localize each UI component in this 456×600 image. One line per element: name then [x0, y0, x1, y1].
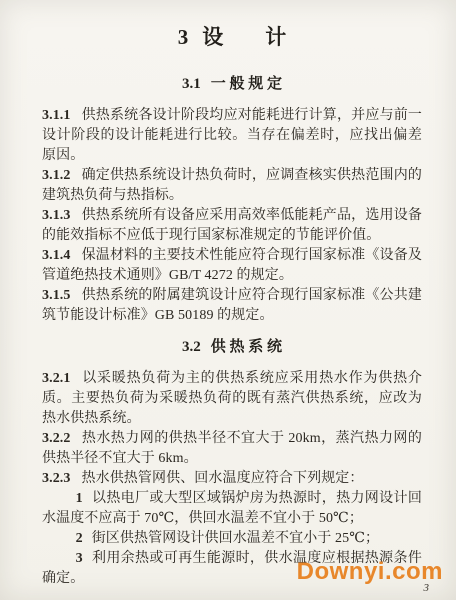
item-1-number: 1	[76, 491, 83, 506]
clause-3-1-4: 3.1.4保温材料的主要技术性能应符合现行国家标准《设备及管道绝热技术通则》GB…	[42, 246, 422, 286]
clause-3-2-1: 3.2.1以采暖热负荷为主的供热系统应采用热水作为供热介质。主要热负荷为采暖热负…	[42, 369, 422, 429]
clause-3-2-1-number: 3.2.1	[42, 371, 71, 386]
clause-3-2-3-item-1: 1以热电厂或大型区域锅炉房为热源时，热力网设计回水温度不应高于 70℃，供回水温…	[42, 489, 422, 529]
clause-3-1-4-number: 3.1.4	[42, 248, 71, 263]
clause-3-1-4-text: 保温材料的主要技术性能应符合现行国家标准《设备及管道绝热技术通则》GB/T 42…	[42, 248, 422, 283]
clause-3-2-3-text: 热水供热管网供、回水温度应符合下列规定：	[82, 471, 364, 486]
page-number: 3	[424, 582, 430, 594]
section-3-1-number: 3.1	[182, 76, 201, 92]
section-3-2-number: 3.2	[182, 339, 201, 355]
clause-3-2-2: 3.2.2热水热力网的供热半径不宜大于 20km，蒸汽热力网的供热半径不宜大于 …	[42, 429, 422, 469]
chapter-title-text: 设 计	[202, 25, 286, 49]
clause-3-2-2-text: 热水热力网的供热半径不宜大于 20km，蒸汽热力网的供热半径不宜大于 6km。	[42, 431, 422, 466]
item-1-text: 以热电厂或大型区域锅炉房为热源时，热力网设计回水温度不应高于 70℃，供回水温差…	[42, 491, 422, 526]
clause-3-1-1: 3.1.1供热系统各设计阶段均应对能耗进行计算，并应与前一设计阶段的设计能耗进行…	[42, 106, 422, 166]
clause-3-2-3: 3.2.3热水供热管网供、回水温度应符合下列规定：	[42, 469, 422, 489]
clause-3-1-3: 3.1.3供热系统所有设备应采用高效率低能耗产品，选用设备的能效指标不应低于现行…	[42, 206, 422, 246]
clause-3-1-5-number: 3.1.5	[42, 288, 71, 303]
clause-3-2-2-number: 3.2.2	[42, 431, 71, 446]
section-3-1: 3.1一 般 规 定 3.1.1供热系统各设计阶段均应对能耗进行计算，并应与前一…	[42, 72, 422, 326]
clause-3-1-1-text: 供热系统各设计阶段均应对能耗进行计算，并应与前一设计阶段的设计能耗进行比较。当存…	[42, 108, 422, 163]
clause-3-1-2-number: 3.1.2	[42, 168, 71, 183]
clause-3-2-3-item-2: 2街区供热管网设计供回水温差不宜小于 25℃；	[42, 529, 422, 549]
clause-3-1-3-number: 3.1.3	[42, 208, 71, 223]
clause-3-2-3-number: 3.2.3	[42, 471, 71, 486]
clause-3-1-3-text: 供热系统所有设备应采用高效率低能耗产品，选用设备的能效指标不应低于现行国家标准规…	[42, 208, 422, 243]
item-3-number: 3	[76, 551, 83, 566]
section-3-2-title: 供 热 系 统	[211, 339, 282, 355]
clause-3-2-1-text: 以采暖热负荷为主的供热系统应采用热水作为供热介质。主要热负荷为采暖热负荷的既有蒸…	[42, 371, 422, 426]
document-page: 3设 计 3.1一 般 规 定 3.1.1供热系统各设计阶段均应对能耗进行计算，…	[0, 0, 456, 600]
item-2-text: 街区供热管网设计供回水温差不宜小于 25℃；	[92, 531, 379, 546]
section-3-2: 3.2供 热 系 统 3.2.1以采暖热负荷为主的供热系统应采用热水作为供热介质…	[42, 335, 422, 589]
section-3-2-heading: 3.2供 热 系 统	[42, 335, 422, 356]
clause-3-1-5: 3.1.5供热系统的附属建筑设计应符合现行国家标准《公共建筑节能设计标准》GB …	[42, 286, 422, 326]
downyi-watermark: Downyi.com	[297, 558, 443, 586]
section-3-1-title: 一 般 规 定	[211, 76, 282, 92]
clause-3-1-2: 3.1.2确定供热系统设计热负荷时，应调查核实供热范围内的建筑热负荷与热指标。	[42, 166, 422, 206]
section-3-1-heading: 3.1一 般 规 定	[42, 72, 422, 93]
chapter-heading: 3设 计	[42, 21, 422, 51]
clause-3-1-2-text: 确定供热系统设计热负荷时，应调查核实供热范围内的建筑热负荷与热指标。	[42, 168, 422, 203]
item-2-number: 2	[76, 531, 83, 546]
chapter-number: 3	[178, 25, 189, 49]
clause-3-1-1-number: 3.1.1	[42, 108, 71, 123]
clause-3-1-5-text: 供热系统的附属建筑设计应符合现行国家标准《公共建筑节能设计标准》GB 50189…	[42, 288, 422, 323]
